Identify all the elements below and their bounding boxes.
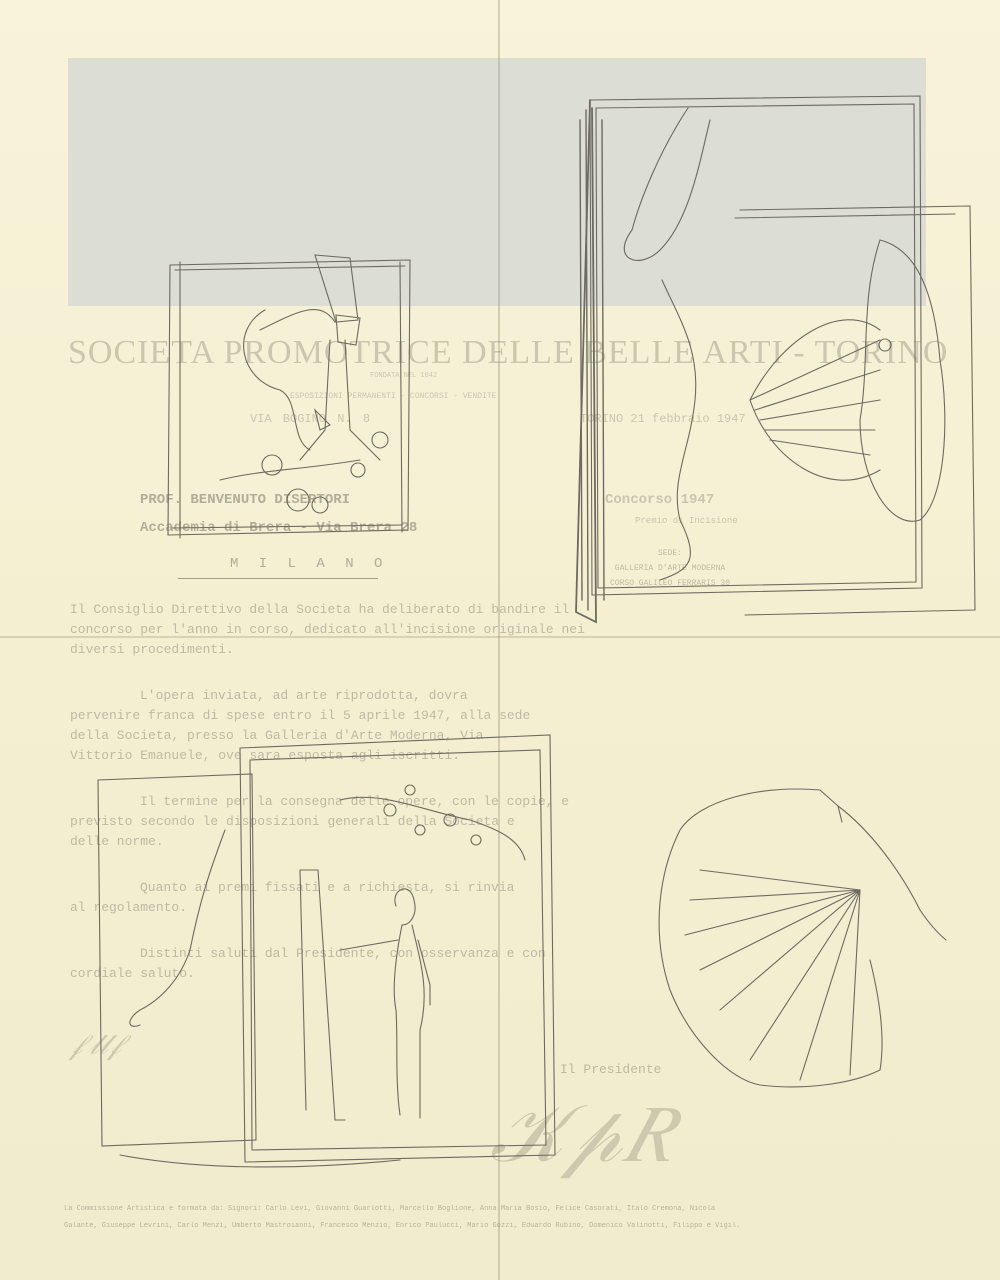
nude-figure-sketch <box>98 735 555 1167</box>
shell-and-figure-sketch <box>576 96 975 622</box>
pencil-sketches <box>0 0 1000 1280</box>
flower-vase-sketch <box>168 255 410 538</box>
shell-sketch <box>659 789 946 1087</box>
